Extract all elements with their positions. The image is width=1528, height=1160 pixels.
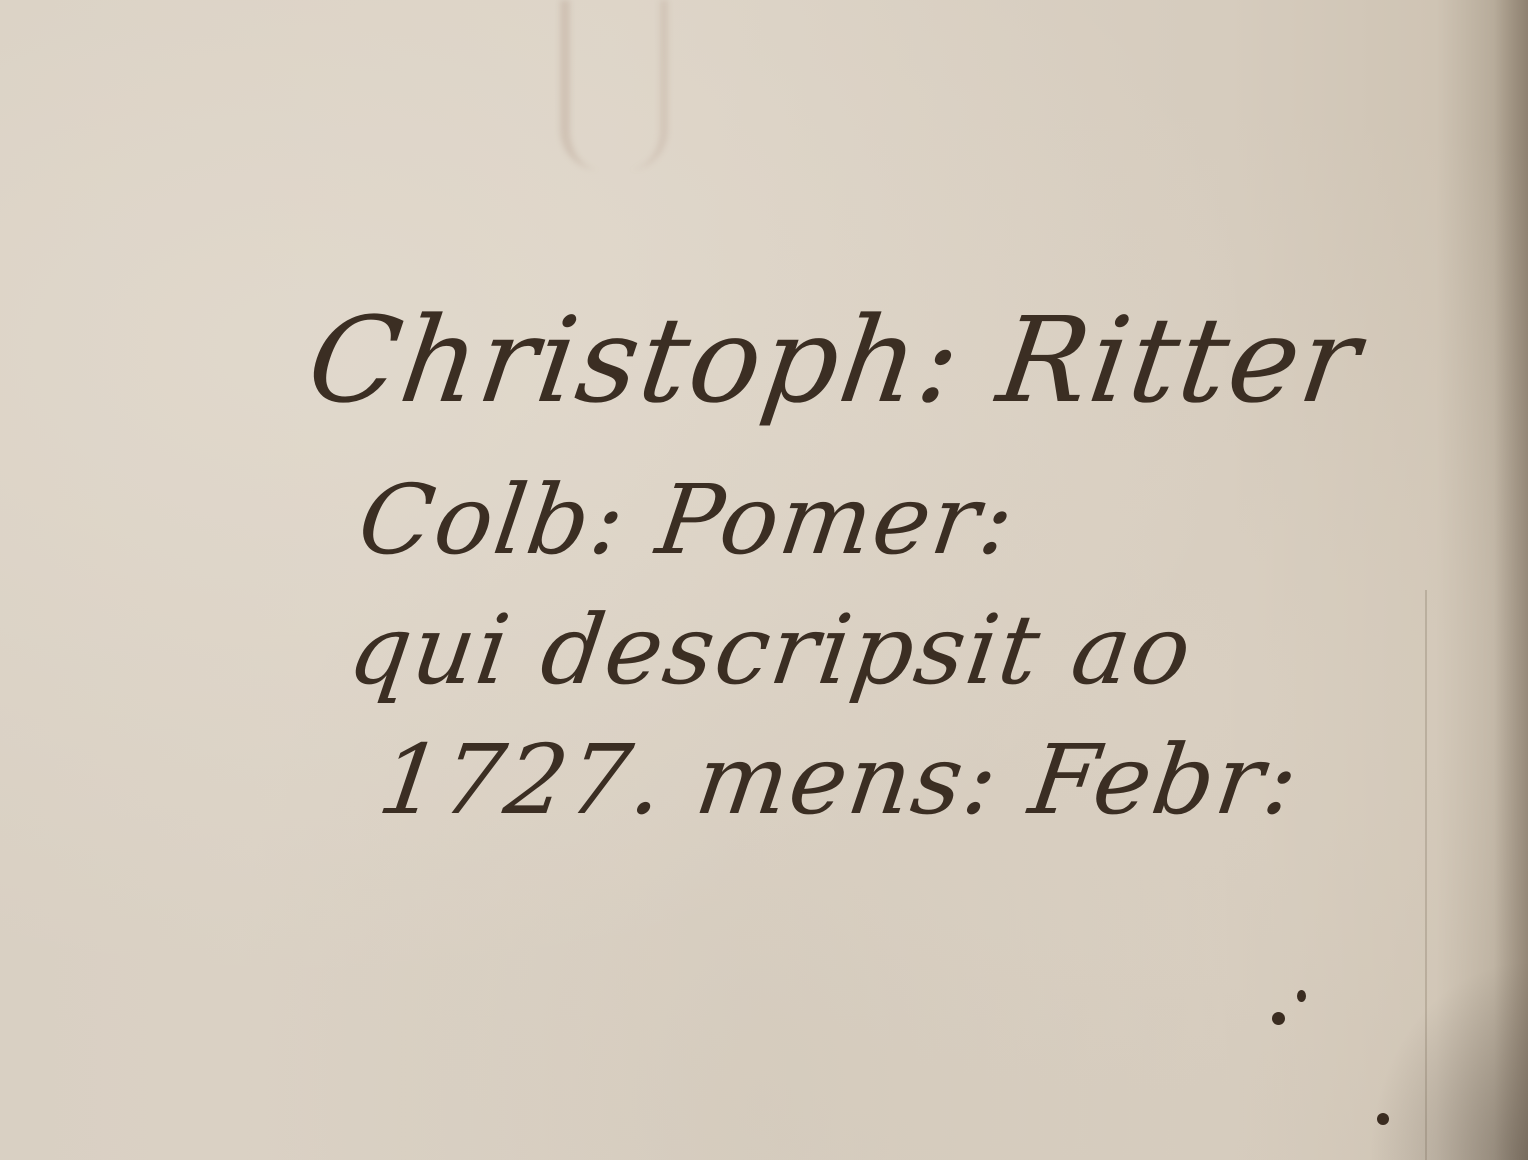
corner-shadow [1368,960,1528,1160]
ink-speck [1297,990,1306,1002]
inscription-line-origin: Colb: Pomer: [352,460,1389,580]
handwritten-inscription: Christoph: Ritter Colb: Pomer: qui descr… [300,260,1380,840]
ink-speck [1272,1012,1285,1025]
inscription-line-statement: qui descripsit ao [340,580,1390,720]
ink-speck [1377,1113,1389,1125]
inscription-line-date: 1727. mens: Febr: [372,720,1389,840]
paper-stain [560,0,668,170]
inscription-line-name: Christoph: Ritter [296,260,1394,460]
manuscript-page: Christoph: Ritter Colb: Pomer: qui descr… [0,0,1528,1160]
